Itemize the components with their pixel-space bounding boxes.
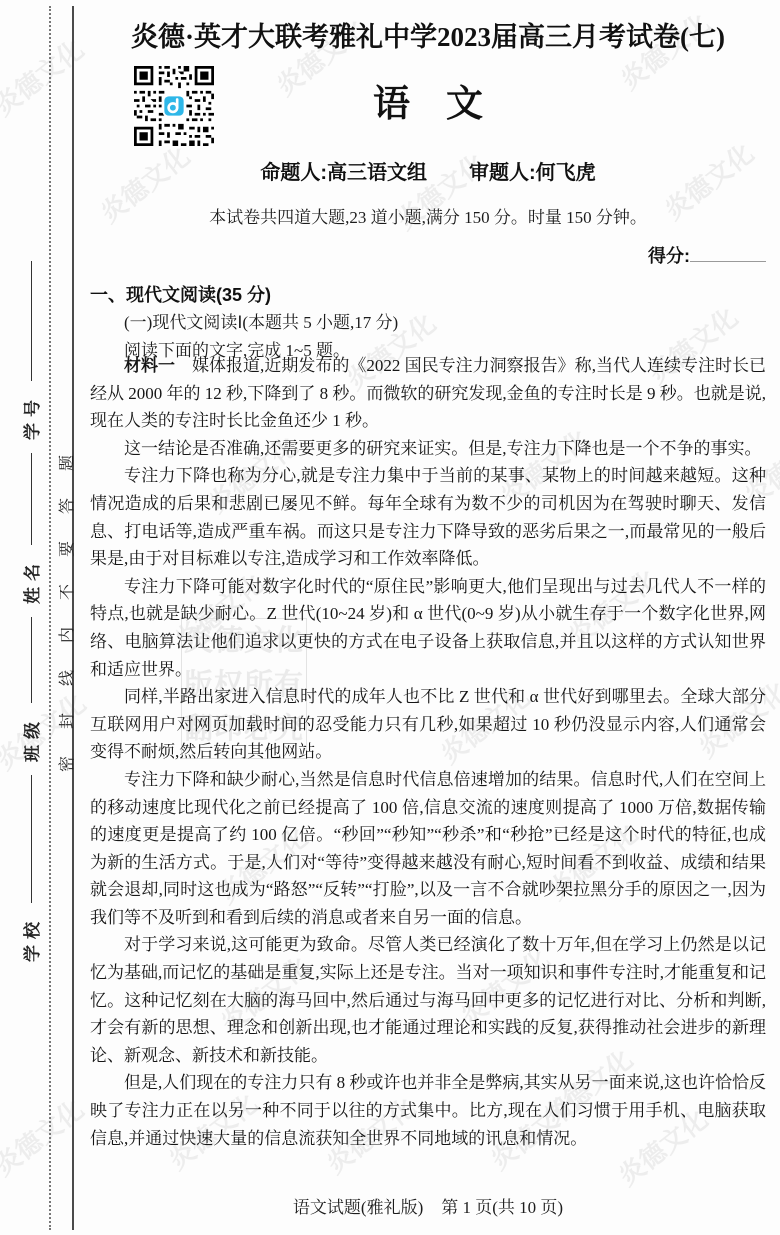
footer-doc-label: 语文试题(雅礼版) [293, 1198, 423, 1217]
reviewer-label: 审题人:何飞虎 [469, 162, 596, 184]
fill-in-blank-line [29, 261, 32, 381]
student-info-fields: 学校 班级 姓名 学号 [16, 212, 44, 962]
field-label-class: 班级 [18, 716, 43, 762]
fill-in-blank-line [29, 775, 32, 903]
seal-dotted-line [49, 6, 51, 1230]
subsection-heading: (一)现代文阅读Ⅰ(本题共 5 小题,17 分) [90, 311, 766, 335]
paragraph: 同样,半路出家进入信息时代的成年人也不比 Z 世代和 α 世代好到哪里去。全球大… [90, 683, 766, 766]
material-label: 材料一 [124, 356, 175, 375]
field-label-name: 姓名 [18, 558, 43, 604]
watermark-text: 炎德文化 [0, 1090, 90, 1183]
field-label-school: 学校 [18, 916, 43, 962]
exam-info-line: 本试卷共四道大题,23 道小题,满分 150 分。时量 150 分钟。 [90, 206, 766, 230]
setter-label: 命题人:高三语文组 [260, 162, 427, 184]
footer-page-number: 第 1 页(共 10 页) [441, 1198, 563, 1217]
exam-title: 炎德·英才大联考雅礼中学2023届高三月考试卷(七) [90, 20, 766, 54]
paragraph: 专注力下降可能对数字化时代的“原住民”影响更大,他们呈现出与过去几代人不一样的特… [90, 573, 766, 683]
paragraph: 专注力下降和缺少耐心,当然是信息时代信息倍速增加的结果。信息时代,人们在空间上的… [90, 766, 766, 932]
paragraph: 但是,人们现在的专注力只有 8 秒或许也并非全是弊病,其实从另一面来说,这也许恰… [90, 1069, 766, 1152]
fill-in-blank-line [29, 617, 32, 703]
paragraph: 对于学习来说,这可能更为致命。尽管人类已经演化了数十万年,但在学习上仍然是以记忆… [90, 931, 766, 1069]
reading-material: 材料一媒体报道,近期发布的《2022 国民专注力洞察报告》称,当代人连续专注时长… [90, 352, 766, 1152]
field-label-student-id: 学号 [18, 394, 43, 440]
setter-reviewer-line: 命题人:高三语文组审题人:何飞虎 [90, 160, 766, 186]
paragraph-text: 媒体报道,近期发布的《2022 国民专注力洞察报告》称,当代人连续专注时长已经从… [90, 356, 766, 430]
subject-title: 语文 [90, 84, 766, 124]
paragraph: 这一结论是否准确,还需要更多的研究来证实。但是,专注力下降也是一个不争的事实。 [90, 435, 766, 463]
section-heading: 一、现代文阅读(35 分) [90, 283, 766, 307]
score-blank-line [690, 259, 766, 262]
paragraph: 材料一媒体报道,近期发布的《2022 国民专注力洞察报告》称,当代人连续专注时长… [90, 352, 766, 435]
fill-in-blank-line [29, 453, 32, 545]
exam-page: { "header": { "title": "炎德·英才大联考雅礼中学2023… [0, 0, 780, 1235]
page-footer: 语文试题(雅礼版)第 1 页(共 10 页) [90, 1196, 766, 1220]
seal-instruction: 密封线内不要答题 [54, 412, 74, 772]
score-label: 得分: [648, 246, 690, 266]
watermark-text: 炎德文化 [0, 684, 92, 777]
score-field: 得分: [90, 244, 766, 268]
watermark-text: 炎德文化 [0, 30, 90, 123]
paragraph: 专注力下降也称为分心,就是专注力集中于当前的某事、某物上的时间越来越短。这种情况… [90, 462, 766, 572]
